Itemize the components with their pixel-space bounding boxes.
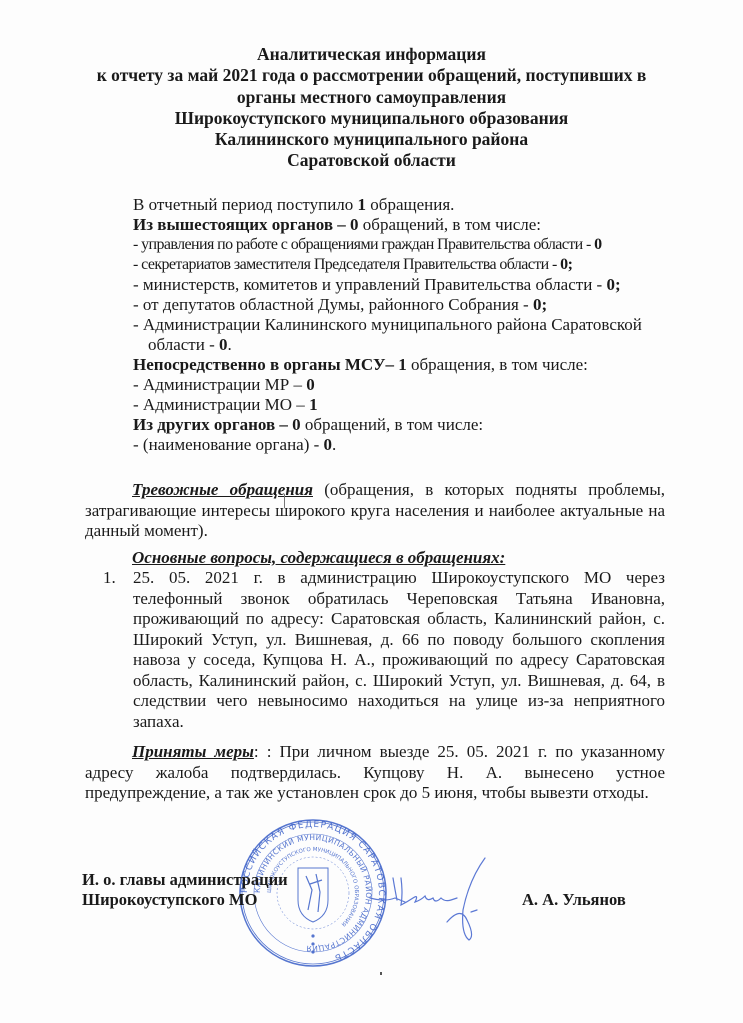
summary-section: В отчетный период поступило 1 обращения.… (133, 195, 693, 455)
item-end: ; (568, 256, 573, 273)
position-line: Широкоуступского МО (82, 890, 288, 910)
item-text: - министерств, комитетов и управлений Пр… (133, 275, 606, 294)
direct-label: Непосредственно в органы МСУ– (133, 355, 398, 374)
item-text: - от депутатов областной Думы, районного… (133, 295, 533, 314)
other-count: 0 (292, 415, 301, 434)
higher-suffix: обращений, в том числе: (359, 215, 541, 234)
item-body: 25. 05. 2021 г. в администрацию Широкоус… (133, 568, 665, 732)
scan-artifact (284, 494, 285, 508)
position-line: И. о. главы администрации (82, 870, 288, 890)
item-value: 0 (594, 236, 601, 253)
document-page: Аналитическая информация к отчету за май… (0, 0, 743, 1023)
item-text: - Администрации МР – (133, 375, 306, 394)
main-questions-heading: Основные вопросы, содержащиеся в обращен… (132, 548, 505, 568)
item-text: - (наименование органа) - (133, 435, 324, 454)
direct-suffix: обращения, в том числе: (407, 355, 588, 374)
higher-item: - секретариатов заместителя Председателя… (133, 255, 693, 275)
higher-item: - Администрации Калининского муниципальн… (133, 315, 693, 335)
other-header: Из других органов – 0 обращений, в том ч… (133, 415, 693, 435)
total-suffix: обращения. (366, 195, 454, 214)
item-value: 1 (309, 395, 318, 414)
signatory-name: А. А. Ульянов (522, 890, 626, 910)
item-text: - управления по работе с обращениями гра… (133, 236, 594, 253)
total-line: В отчетный период поступило 1 обращения. (133, 195, 693, 215)
total-count: 1 (358, 195, 367, 214)
scan-speck (380, 972, 382, 975)
higher-count: 0 (350, 215, 359, 234)
item-end: ; (615, 275, 621, 294)
questions-list: 1. 25. 05. 2021 г. в администрацию Широк… (103, 568, 665, 732)
item-value: 0 (306, 375, 315, 394)
document-title: Аналитическая информация к отчету за май… (60, 44, 683, 172)
question-item: 1. 25. 05. 2021 г. в администрацию Широк… (103, 568, 665, 732)
direct-header: Непосредственно в органы МСУ– 1 обращени… (133, 355, 693, 375)
alarming-label: Тревожные обращения (132, 480, 313, 499)
direct-count: 1 (398, 355, 407, 374)
higher-item-cont: области - 0. (133, 335, 693, 355)
title-line: к отчету за май 2021 года о рассмотрении… (60, 65, 683, 86)
direct-item: - Администрации МО – 1 (133, 395, 693, 415)
other-label: Из других органов – (133, 415, 292, 434)
item-text: области - (148, 335, 219, 354)
signatory-position: И. о. главы администрации Широкоуступско… (82, 870, 288, 910)
total-prefix: В отчетный период поступило (133, 195, 358, 214)
title-line: Аналитическая информация (60, 44, 683, 65)
other-suffix: обращений, в том числе: (301, 415, 483, 434)
title-line: Калининского муниципального района (60, 129, 683, 150)
item-value: 0 (219, 335, 228, 354)
title-line: Широкоуступского муниципального образова… (60, 108, 683, 129)
item-value: 0 (324, 435, 333, 454)
other-item: - (наименование органа) - 0. (133, 435, 693, 455)
higher-item: - управления по работе с обращениями гра… (133, 235, 693, 255)
item-end: . (228, 335, 232, 354)
item-number: 1. (103, 568, 116, 589)
title-line: органы местного самоуправления (60, 87, 683, 108)
alarming-paragraph: Тревожные обращения (обращения, в которы… (85, 480, 665, 542)
item-value: 0 (606, 275, 615, 294)
higher-item: - министерств, комитетов и управлений Пр… (133, 275, 693, 295)
item-text: - Администрации МО – (133, 395, 309, 414)
higher-label: Из вышестоящих органов – (133, 215, 350, 234)
item-text: - секретариатов заместителя Председателя… (133, 256, 560, 273)
title-line: Саратовской области (60, 150, 683, 171)
handwritten-signature-icon (365, 850, 500, 950)
item-text: - Администрации Калининского муниципальн… (133, 315, 642, 334)
measures-label: Приняты меры (132, 742, 254, 761)
higher-header: Из вышестоящих органов – 0 обращений, в … (133, 215, 693, 235)
measures-paragraph: Приняты меры: : При личном выезде 25. 05… (85, 742, 665, 804)
higher-item: - от депутатов областной Думы, районного… (133, 295, 693, 315)
item-value: 0 (560, 256, 567, 273)
direct-item: - Администрации МР – 0 (133, 375, 693, 395)
item-end: . (332, 435, 336, 454)
item-end: ; (541, 295, 547, 314)
